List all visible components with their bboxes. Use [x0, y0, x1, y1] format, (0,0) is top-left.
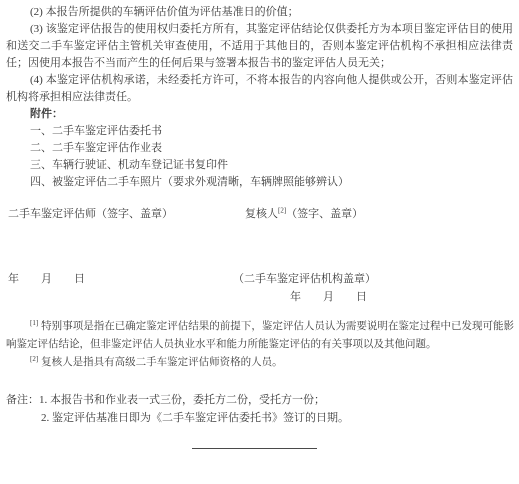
term-item-2: (2) 本报告所提供的车辆评估价值为评估基准日的价值；: [6, 4, 513, 21]
date-row-agency: 年 月 日: [290, 289, 367, 306]
reviewer-sign-stamp-note: （签字、盖章）: [286, 208, 363, 220]
footnote-1-marker: [1]: [30, 319, 38, 327]
signature-row: 二手车鉴定评估师（签字、盖章） 复核人[2]（签字、盖章）: [6, 206, 513, 223]
term-item-4: (4) 本鉴定评估机构承诺，未经委托方许可，不将本报告的内容向他人提供或公开，否…: [6, 72, 513, 106]
attachment-item-4: 四、被鉴定评估二手车照片（要求外观清晰，车辆牌照能够辨认）: [6, 174, 513, 191]
attachment-item-2: 二、二手车鉴定评估作业表: [6, 140, 513, 157]
footnotes-section: [1]特别事项是指在已确定鉴定评估结果的前提下，鉴定评估人员认为需要说明在鉴定过…: [6, 318, 514, 372]
terms-section: (2) 本报告所提供的车辆评估价值为评估基准日的价值； (3) 该鉴定评估报告的…: [6, 4, 513, 191]
remark-1-text: 1. 本报告书和作业表一式三份，委托方二份，受托方一份；: [39, 394, 325, 406]
remark-1: 备注：1. 本报告书和作业表一式三份，委托方二份，受托方一份；: [6, 392, 514, 410]
remarks-label: 备注：: [6, 394, 39, 406]
footnote-2: [2]复核人是指具有高级二手车鉴定评估师资格的人员。: [6, 354, 514, 372]
appraiser-date-blank: 年 月 日: [8, 271, 85, 288]
date-row-appraiser: 年 月 日 （二手车鉴定评估机构盖章）: [6, 271, 513, 288]
footnote-1-text: 特别事项是指在已确定鉴定评估结果的前提下，鉴定评估人员认为需要说明在鉴定过程中已…: [6, 321, 514, 350]
page-divider-line: [192, 448, 317, 449]
reviewer-label: 复核人: [245, 208, 278, 220]
remarks-section: 备注：1. 本报告书和作业表一式三份，委托方二份，受托方一份； 2. 鉴定评估基…: [6, 392, 514, 427]
attachments-heading: 附件：: [6, 106, 513, 123]
term-item-3: (3) 该鉴定评估报告的使用权归委托方所有，其鉴定评估结论仅供委托方为本项目鉴定…: [6, 21, 513, 72]
remark-2: 2. 鉴定评估基准日即为《二手车鉴定评估委托书》签订的日期。: [6, 410, 514, 428]
reviewer-footnote-marker: [2]: [278, 206, 286, 214]
footnote-2-marker: [2]: [30, 355, 38, 363]
appraiser-signature-label: 二手车鉴定评估师（签字、盖章）: [8, 206, 173, 223]
attachment-item-1: 一、二手车鉴定评估委托书: [6, 123, 513, 140]
appraisal-report-page: (2) 本报告所提供的车辆评估价值为评估基准日的价值； (3) 该鉴定评估报告的…: [0, 0, 519, 484]
footnote-2-text: 复核人是指具有高级二手车鉴定评估师资格的人员。: [41, 357, 283, 368]
agency-stamp-label: （二手车鉴定评估机构盖章）: [233, 271, 376, 288]
footnote-1: [1]特别事项是指在已确定鉴定评估结果的前提下，鉴定评估人员认为需要说明在鉴定过…: [6, 318, 514, 354]
agency-date-blank: 年 月 日: [290, 291, 367, 303]
reviewer-signature-label: 复核人[2]（签字、盖章）: [245, 206, 363, 223]
remark-2-text: 2. 鉴定评估基准日即为《二手车鉴定评估委托书》签订的日期。: [41, 412, 349, 424]
attachment-item-3: 三、车辆行驶证、机动车登记证书复印件: [6, 157, 513, 174]
